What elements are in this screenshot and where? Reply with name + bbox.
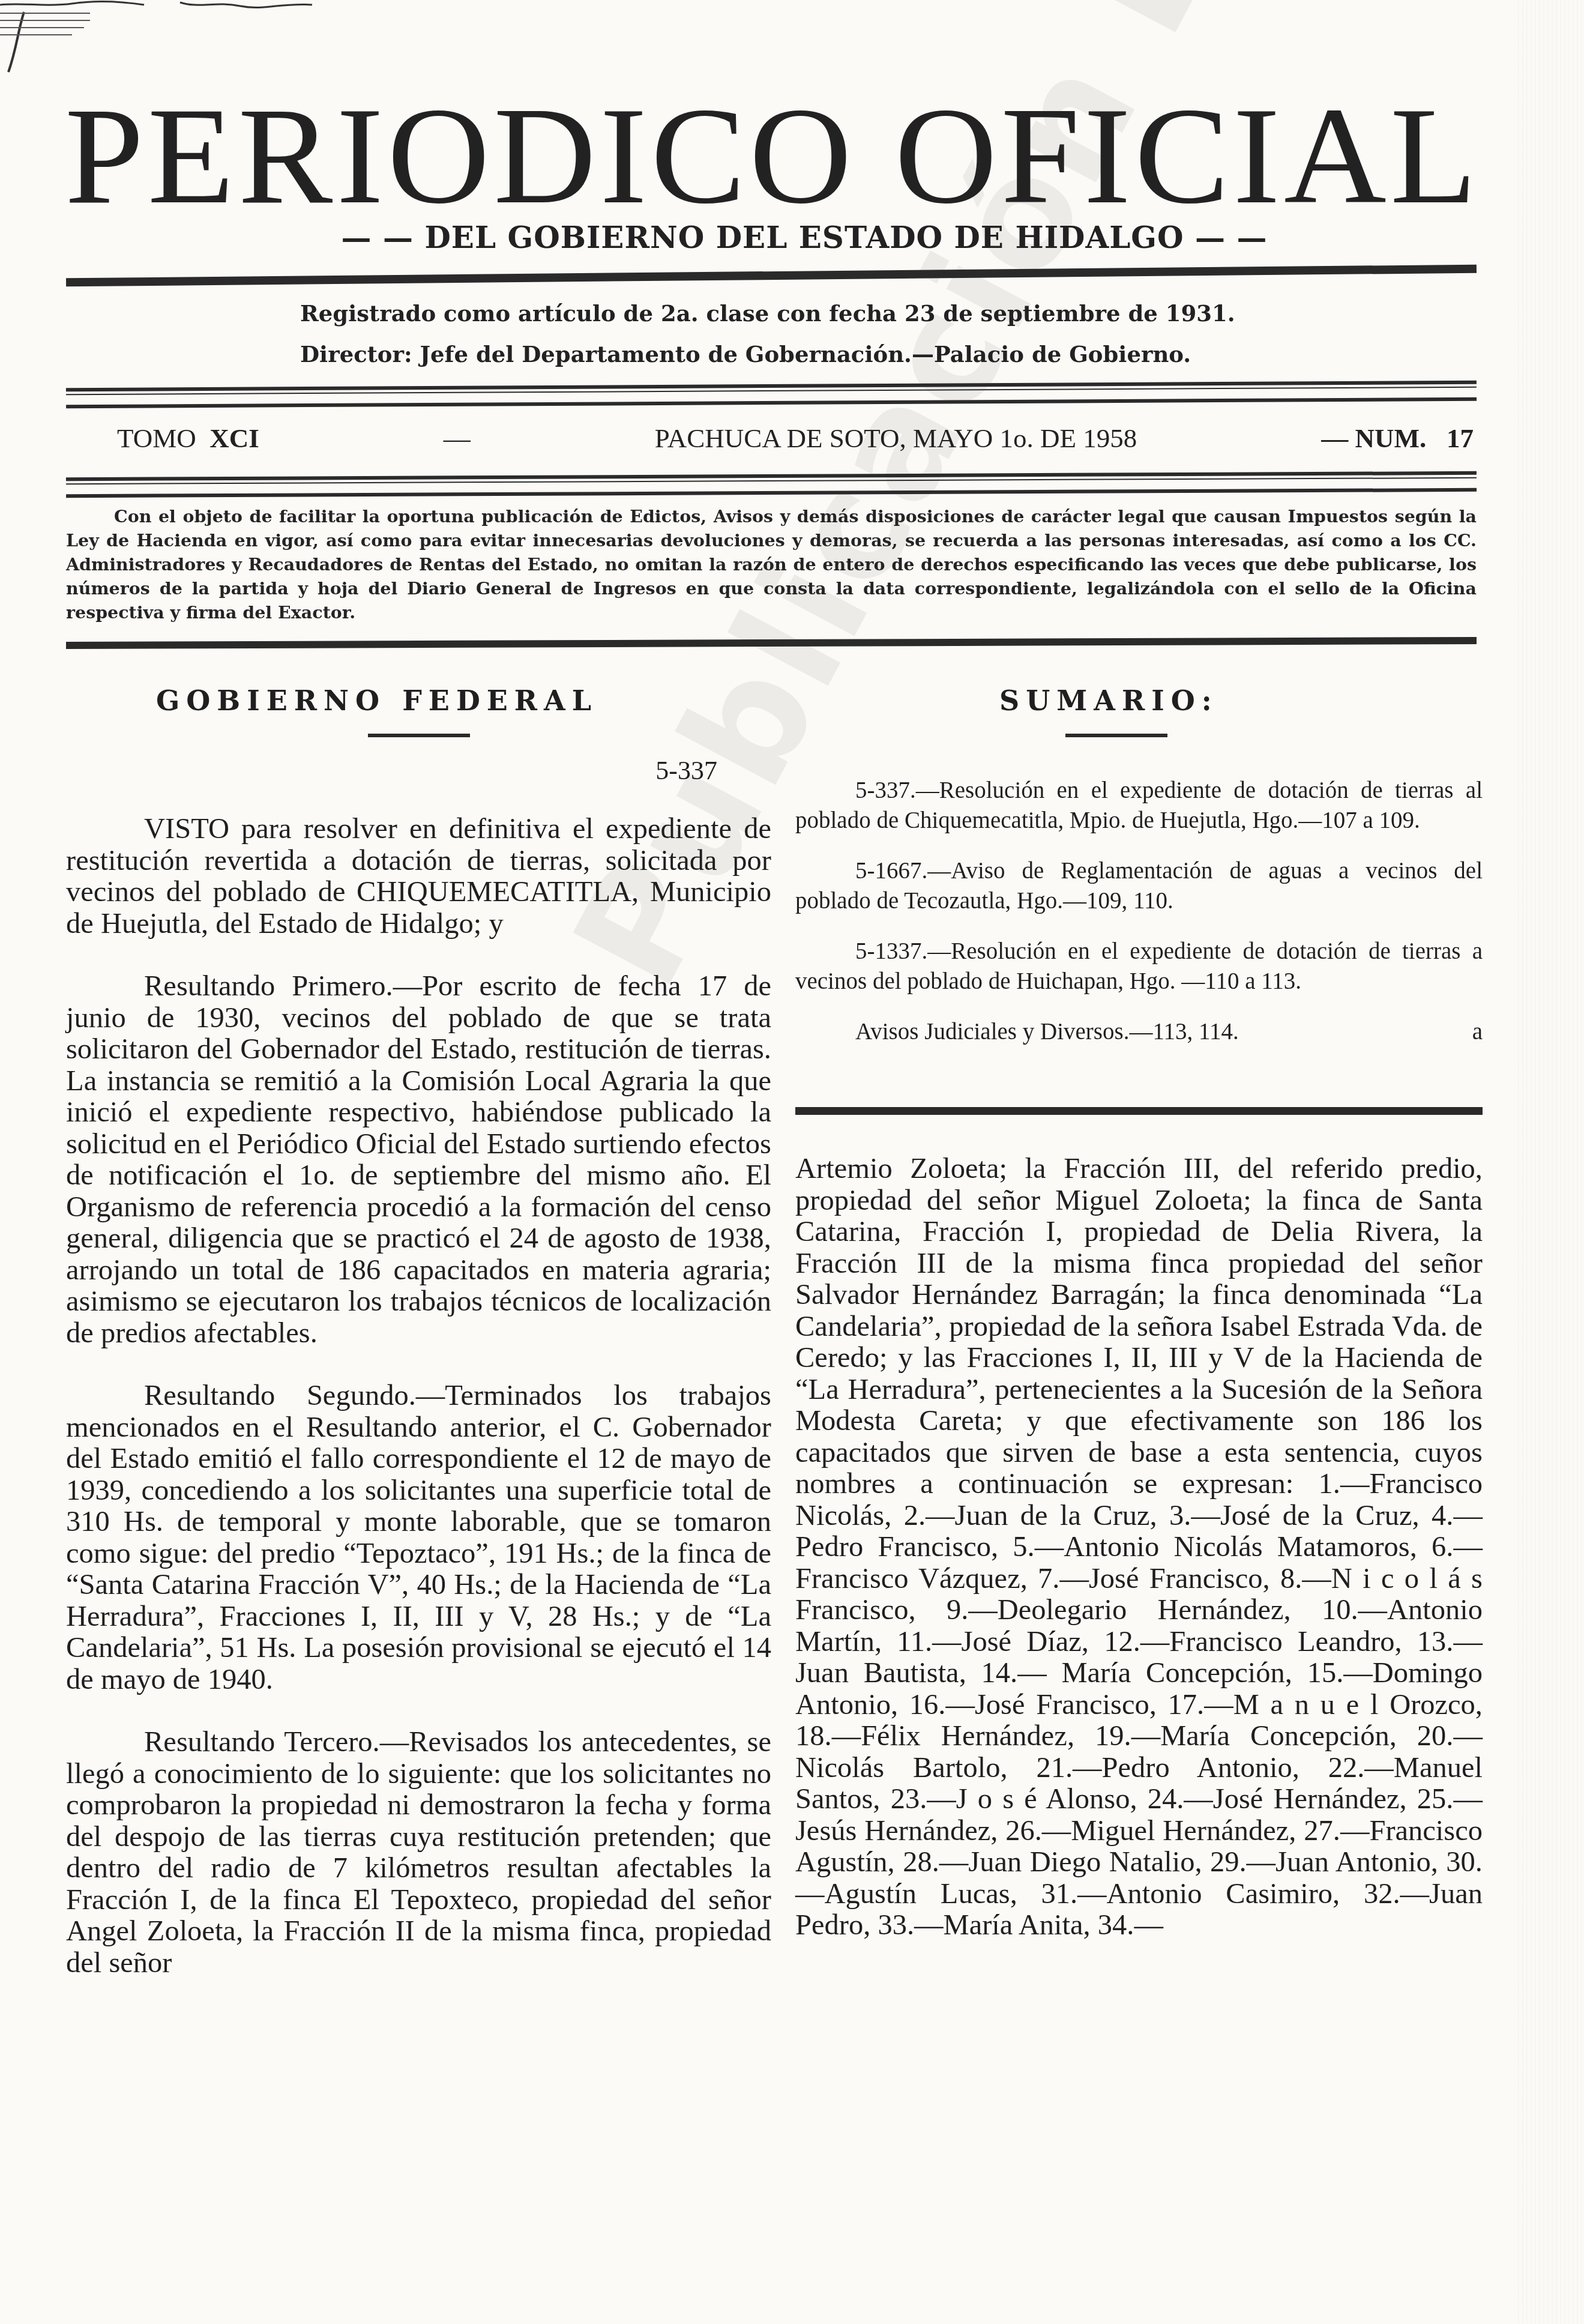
summary-item: 5-1337.—Resolución en el expediente de d… xyxy=(795,937,1483,997)
issue-rule-top xyxy=(66,381,1477,408)
section-title-underline xyxy=(368,734,470,737)
handwritten-annotation xyxy=(0,0,372,78)
paragraph-resultando-tercero: Resultando Tercero.—Revisados los antece… xyxy=(66,1727,771,1979)
paragraph-visto: VISTO para resolver en definitiva el exp… xyxy=(66,813,771,940)
decree-body: VISTO para resolver en definitiva el exp… xyxy=(66,813,771,1979)
notice-rule xyxy=(66,637,1477,649)
tomo-dash: — xyxy=(444,423,471,454)
summary-item-avisos: Avisos Judiciales y Diversos.—113, 114. … xyxy=(795,1017,1483,1047)
masthead-rule xyxy=(66,265,1477,287)
director-line: Director: Jefe del Departamento de Gober… xyxy=(300,341,1321,367)
tomo-value: XCI xyxy=(209,423,259,453)
right-column: SUMARIO: 5-337.—Resolución en el expedie… xyxy=(795,684,1483,1973)
issue-rule-bottom xyxy=(66,471,1477,498)
newspaper-subtitle: — — DEL GOBIERNO DEL ESTADO DE HIDALGO —… xyxy=(336,220,1272,255)
summary-item: 5-337.—Resolución en el expediente de do… xyxy=(795,776,1483,836)
issue-info-row: TOMO XCI — PACHUCA DE SOTO, MAYO 1o. DE … xyxy=(117,423,1474,459)
section-title-gobierno-federal: GOBIERNO FEDERAL xyxy=(66,684,771,717)
summary-margin-mark: a xyxy=(1472,1017,1483,1047)
section-title-sumario: SUMARIO: xyxy=(795,684,1483,717)
column-divider-rule xyxy=(795,1107,1483,1115)
left-column: GOBIERNO FEDERAL 5-337 VISTO para resolv… xyxy=(66,684,771,2010)
notice-text: Con el objeto de facilitar la oportuna p… xyxy=(66,506,1477,623)
paragraph-resultando-segundo: Resultando Segundo.—Terminados los traba… xyxy=(66,1380,771,1695)
summary-item: 5-1667.—Aviso de Reglamentación de aguas… xyxy=(795,856,1483,916)
newspaper-title: PERIODICO OFICIAL xyxy=(65,90,1479,222)
tomo-label: TOMO xyxy=(117,423,196,453)
paragraph-continuation: Artemio Zoloeta; la Fracción III, del re… xyxy=(795,1153,1483,1942)
summary-avisos-text: Avisos Judiciales y Diversos.—113, 114. xyxy=(855,1017,1239,1047)
summary-list: 5-337.—Resolución en el expediente de do… xyxy=(795,776,1483,1047)
registration-line: Registrado como artículo de 2a. clase co… xyxy=(300,300,1321,327)
num-value: 17 xyxy=(1447,423,1474,453)
paragraph-resultando-primero: Resultando Primero.—Por escrito de fecha… xyxy=(66,971,771,1349)
decree-number: 5-337 xyxy=(66,755,717,786)
decree-continuation: Artemio Zoloeta; la Fracción III, del re… xyxy=(795,1153,1483,1942)
place-date: PACHUCA DE SOTO, MAYO 1o. DE 1958 xyxy=(655,423,1137,454)
sumario-underline xyxy=(1065,734,1167,737)
num-label: — NUM. xyxy=(1321,423,1426,453)
scan-edge-shading xyxy=(1518,0,1584,2324)
publication-notice: Con el objeto de facilitar la oportuna p… xyxy=(66,504,1477,624)
